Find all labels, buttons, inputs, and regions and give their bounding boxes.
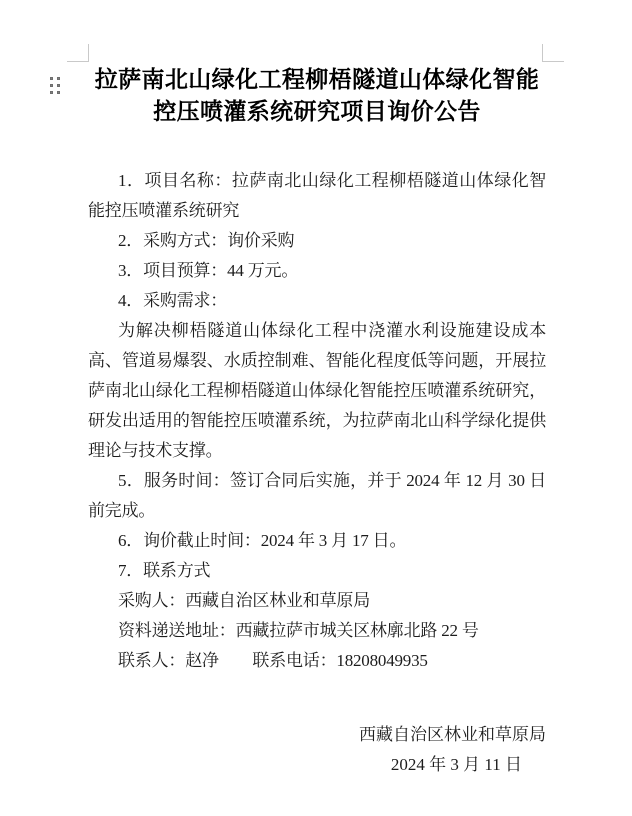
signature-date: 2024 年 3 月 11 日 <box>88 750 546 780</box>
paragraph: 4．采购需求： <box>88 286 546 316</box>
paragraph: 联系人：赵净 联系电话：18208049935 <box>88 646 546 676</box>
title-line-2: 控压喷灌系统研究项目询价公告 <box>88 96 546 128</box>
margin-cropmark-right <box>542 61 564 62</box>
drag-handle-dot <box>50 77 53 80</box>
paragraph: 2．采购方式：询价采购 <box>88 226 546 256</box>
document-content: 拉萨南北山绿化工程柳梧隧道山体绿化智能 控压喷灌系统研究项目询价公告 1．项目名… <box>88 64 546 780</box>
signature-org: 西藏自治区林业和草原局 <box>88 720 546 750</box>
drag-handle-icon[interactable] <box>50 77 60 94</box>
paragraph: 5．服务时间：签订合同后实施，并于 2024 年 12 月 30 日前完成。 <box>88 466 546 526</box>
drag-handle-dot <box>50 91 53 94</box>
title-line-1: 拉萨南北山绿化工程柳梧隧道山体绿化智能 <box>88 64 546 96</box>
drag-handle-dot <box>57 84 60 87</box>
paragraph: 采购人：西藏自治区林业和草原局 <box>88 586 546 616</box>
document-title: 拉萨南北山绿化工程柳梧隧道山体绿化智能 控压喷灌系统研究项目询价公告 <box>88 64 546 128</box>
signature-block: 西藏自治区林业和草原局 2024 年 3 月 11 日 <box>88 720 546 780</box>
paragraph: 3．项目预算：44 万元。 <box>88 256 546 286</box>
paragraph: 7．联系方式 <box>88 556 546 586</box>
margin-cropmark-right <box>542 44 543 62</box>
margin-cropmark-left <box>88 44 89 62</box>
paragraph: 1．项目名称：拉萨南北山绿化工程柳梧隧道山体绿化智能控压喷灌系统研究 <box>88 166 546 226</box>
paragraph: 资料递送地址：西藏拉萨市城关区林廓北路 22 号 <box>88 616 546 646</box>
drag-handle-dot <box>57 91 60 94</box>
drag-handle-dot <box>57 77 60 80</box>
drag-handle-dot <box>50 84 53 87</box>
paragraph: 6．询价截止时间：2024 年 3 月 17 日。 <box>88 526 546 556</box>
document-page: 拉萨南北山绿化工程柳梧隧道山体绿化智能 控压喷灌系统研究项目询价公告 1．项目名… <box>0 0 632 816</box>
margin-cropmark-left <box>67 61 89 62</box>
paragraph: 为解决柳梧隧道山体绿化工程中浇灌水利设施建设成本高、管道易爆裂、水质控制难、智能… <box>88 316 546 466</box>
document-paragraphs: 1．项目名称：拉萨南北山绿化工程柳梧隧道山体绿化智能控压喷灌系统研究2．采购方式… <box>88 166 546 676</box>
